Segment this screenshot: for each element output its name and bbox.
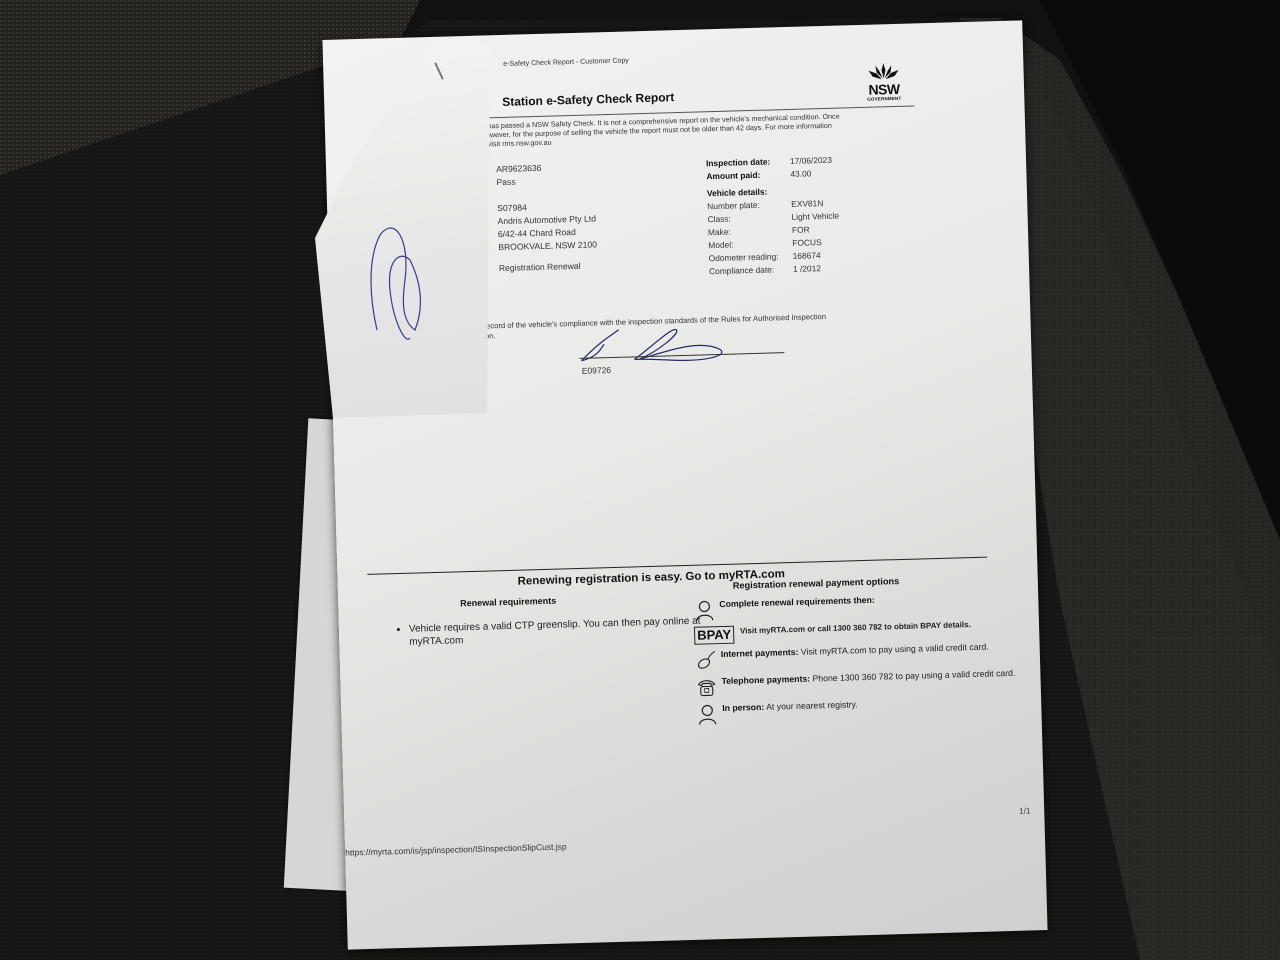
payment-options-list: Complete renewal requirements then: BPAY… [693,591,1017,731]
telephone-icon [695,676,718,699]
footer-url: https://myrta.com/is/jsp/inspection/ISIn… [345,841,567,857]
payment-option-bpay: BPAY Visit myRTA.com or call 1300 360 78… [694,618,1014,645]
logo-subtitle: GOVERNMENT [862,96,906,102]
waratah-flower-icon [861,62,906,83]
inspection-purpose: Registration Renewal [499,259,598,275]
renewal-requirements-heading: Renewal requirements [460,596,556,609]
vehicle-row: Compliance date:1 /2012 [709,262,841,279]
payment-option-in-person: In person: At your nearest registry. [696,695,1016,726]
amount-paid-row: Amount paid: 43.00 [706,167,838,184]
station-address-line2: BROOKVALE, NSW 2100 [498,238,597,254]
station-details: AR9623636 Pass S07984 Andris Automotive … [496,160,598,275]
person-icon [696,703,719,726]
examiner-id: E09726 [582,365,612,376]
page-number: 1/1 [1019,806,1030,815]
report-title: Station e-Safety Check Report [502,90,674,109]
mouse-icon [695,649,718,672]
logo-text: NSW [862,82,906,97]
payment-option-internet: Internet payments: Visit myRTA.com to pa… [695,641,1015,672]
report-copy-header: e-Safety Check Report - Customer Copy [503,57,629,68]
inspection-details: Inspection date: 17/06/2023 Amount paid:… [706,154,841,279]
payment-option-complete: Complete renewal requirements then: [693,591,1013,622]
inspection-date: 17/06/2023 [790,154,832,168]
person-icon [693,599,716,622]
renewal-requirements-list: Vehicle requires a valid CTP greenslip. … [389,614,710,649]
receipt-signature [365,220,445,355]
nsw-government-logo: NSW GOVERNMENT [861,62,906,102]
payment-option-telephone: Telephone payments: Phone 1300 360 782 t… [695,668,1015,699]
bpay-logo-icon: BPAY [694,626,734,645]
list-item: Vehicle requires a valid CTP greenslip. … [409,614,710,648]
amount-paid: 43.00 [790,167,811,181]
